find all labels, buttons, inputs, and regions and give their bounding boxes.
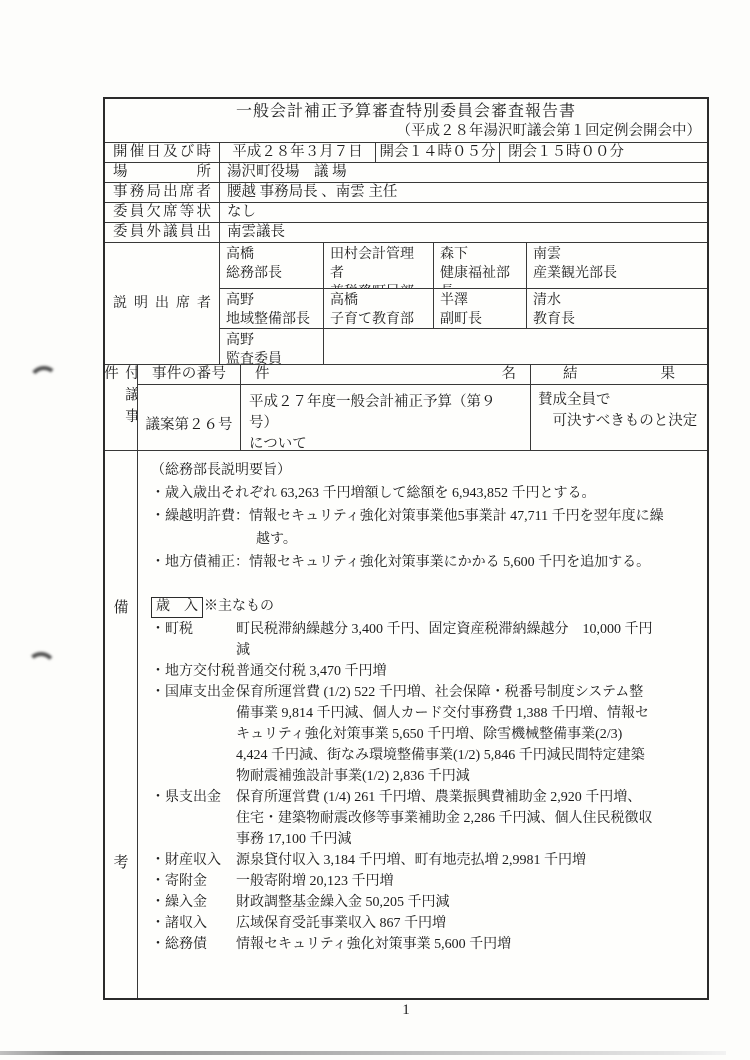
- punch-hole-top: [28, 365, 61, 398]
- row-nonmember: 委員外議員出席者 南雲議長: [105, 222, 707, 242]
- explainer-cell: 森下 健康福祉部長: [433, 243, 526, 288]
- revenue-term: ・地方交付税: [151, 661, 236, 682]
- summary-item: ・歳入歳出それぞれ 63,263 千円増額して総額を 6,943,852 千円と…: [151, 482, 699, 505]
- explainers-section: 説明出席者 高橋 総務部長 田村会計管理者 兼税務町民部長 森下 健康福祉部長 …: [105, 242, 707, 364]
- revenue-heading: 歳 入※主なもの: [151, 596, 699, 618]
- revenue-term: ・寄附金: [151, 871, 236, 892]
- revenue-item: ・寄附金 一般寄附増 20,123 千円増: [151, 871, 699, 892]
- revenue-term: ・県支出金: [151, 787, 236, 850]
- explainer-cell-empty: [323, 328, 707, 364]
- close-time: 閉会１５時００分: [499, 143, 707, 162]
- summary-item: ・繰越明許費：情報セキュリティ強化対策事業他5事業計 47,711 千円を翌年度…: [151, 505, 699, 551]
- row-place: 場所 湯沢町役場 議 場: [105, 162, 707, 182]
- explainer-cell: 高野 地域整備部長: [220, 288, 323, 328]
- revenue-item: ・諸収入 広域保育受託事業収入 867 千円増: [151, 913, 699, 934]
- explainer-cell: 高橋 総務部長: [220, 243, 323, 288]
- explainer-cell: 高橋 子育て教育部長: [323, 288, 433, 328]
- row-absence: 委員欠席等状況 なし: [105, 202, 707, 222]
- punch-hole-bottom: [25, 651, 57, 683]
- report-table: 一般会計補正予算審査特別委員会審査報告書 （平成２８年湯沢町議会第１回定例会開会…: [103, 97, 709, 1000]
- remarks-section-label: 備 考: [105, 451, 137, 998]
- agenda-table: 事件の番号 件名 結果 議案第２６号 平成２７年度一般会計補正予算（第９号） に…: [137, 365, 707, 450]
- page-number: 1: [103, 1002, 709, 1019]
- agenda-col-result: 結果: [530, 365, 707, 384]
- revenue-item: ・国庫支出金 保育所運営費 (1/2) 522 千円増、社会保障・税番号制度シス…: [151, 682, 699, 787]
- case-name: 平成２７年度一般会計補正予算（第９号） について: [240, 385, 530, 450]
- meeting-date: 平成２８年３月７日: [219, 143, 375, 162]
- explainer-cell: 高野 監査委員: [220, 328, 323, 364]
- revenue-item: ・総務債 情報セキュリティ強化対策事業 5,600 千円増: [151, 934, 699, 955]
- open-time: 開会１４時０５分: [375, 143, 499, 162]
- scanned-report-page: 一般会計補正予算審査特別委員会審査報告書 （平成２８年湯沢町議会第１回定例会開会…: [0, 0, 750, 1060]
- revenue-term: ・国庫支出金: [151, 682, 236, 787]
- agenda-section: 付議事件 事件の番号 件名 結果 議案第２６号 平成２７年度一般会計補正予算（第…: [105, 364, 707, 450]
- revenue-item: ・町税 町民税滞納繰越分 3,400 千円、固定資産税滞納繰越分 10,000 …: [151, 619, 699, 661]
- datetime-label: 開催日及び時間: [105, 143, 219, 162]
- revenue-term: ・町税: [151, 619, 236, 661]
- revenue-heading-note: ※主なもの: [203, 599, 274, 614]
- revenue-desc: 財政調整基金繰入金 50,205 千円減: [236, 892, 699, 913]
- agenda-case-row: 議案第２６号 平成２７年度一般会計補正予算（第９号） について 賛成全員で 可決…: [138, 384, 707, 450]
- absence-value: なし: [219, 203, 707, 222]
- revenue-term: ・総務債: [151, 934, 236, 955]
- remarks-section: 備 考 （総務部長説明要旨） ・歳入歳出それぞれ 63,263 千円増額して総額…: [105, 450, 707, 998]
- revenue-desc: 情報セキュリティ強化対策事業 5,600 千円増: [236, 934, 699, 955]
- case-result: 賛成全員で 可決すべきものと決定: [530, 385, 707, 450]
- summary-item: ・地方債補正：情報セキュリティ強化対策事業にかかる 5,600 千円を追加する。: [151, 551, 699, 574]
- row-datetime: 開催日及び時間 平成２８年３月７日 開会１４時０５分 閉会１５時００分: [105, 142, 707, 162]
- explainer-cell: 半澤 副町長: [433, 288, 526, 328]
- absence-label: 委員欠席等状況: [105, 203, 219, 222]
- revenue-item: ・地方交付税 普通交付税 3,470 千円増: [151, 661, 699, 682]
- revenue-desc: 町民税滞納繰越分 3,400 千円、固定資産税滞納繰越分 10,000 千円 減: [236, 619, 699, 661]
- case-number: 議案第２６号: [138, 385, 240, 450]
- title-block: 一般会計補正予算審査特別委員会審査報告書 （平成２８年湯沢町議会第１回定例会開会…: [105, 99, 707, 142]
- agenda-col-name: 件名: [240, 365, 530, 384]
- scan-edge-artifact: [0, 1051, 726, 1055]
- row-secretariat: 事務局出席者 腰越 事務局長 、南雲 主任: [105, 182, 707, 202]
- place-value: 湯沢町役場 議 場: [219, 163, 707, 182]
- revenue-desc: 広域保育受託事業収入 867 千円増: [236, 913, 699, 934]
- revenue-desc: 一般寄附増 20,123 千円増: [236, 871, 699, 892]
- summary-heading: （総務部長説明要旨）: [151, 459, 699, 482]
- revenue-desc: 普通交付税 3,470 千円増: [236, 661, 699, 682]
- revenue-term: ・繰入金: [151, 892, 236, 913]
- revenue-desc: 保育所運営費 (1/2) 522 千円増、社会保障・税番号制度システム整 備事業…: [236, 682, 699, 787]
- explainer-cell: 田村会計管理者 兼税務町民部長: [323, 243, 433, 288]
- secretariat-value: 腰越 事務局長 、南雲 主任: [219, 183, 707, 202]
- secretariat-label: 事務局出席者: [105, 183, 219, 202]
- revenue-item: ・繰入金 財政調整基金繰入金 50,205 千円減: [151, 892, 699, 913]
- revenue-item: ・財産収入 源泉貸付収入 3,184 千円増、町有地売払増 2,9981 千円増: [151, 850, 699, 871]
- report-subtitle: （平成２８年湯沢町議会第１回定例会開会中）: [105, 122, 707, 141]
- agenda-section-label: 付議事件: [105, 365, 137, 450]
- nonmember-label: 委員外議員出席者: [105, 223, 219, 242]
- explainers-label: 説明出席者: [105, 243, 219, 364]
- revenue-term: ・財産収入: [151, 850, 236, 871]
- revenue-term: ・諸収入: [151, 913, 236, 934]
- explainer-cell: 南雲 産業観光部長: [526, 243, 707, 288]
- revenue-desc: 源泉貸付収入 3,184 千円増、町有地売払増 2,9981 千円増: [236, 850, 699, 871]
- agenda-header-row: 事件の番号 件名 結果: [138, 365, 707, 384]
- place-label: 場所: [105, 163, 219, 182]
- revenue-heading-box: 歳 入: [151, 597, 203, 618]
- explainers-grid: 高橋 総務部長 田村会計管理者 兼税務町民部長 森下 健康福祉部長 南雲 産業観…: [219, 243, 707, 364]
- remarks-label-top: 備: [105, 596, 137, 617]
- agenda-col-number: 事件の番号: [138, 365, 240, 384]
- revenue-desc: 保育所運営費 (1/4) 261 千円増、農業振興費補助金 2,920 千円増、…: [236, 787, 699, 850]
- nonmember-value: 南雲議長: [219, 223, 707, 242]
- remarks-label-bottom: 考: [105, 851, 137, 872]
- remarks-content: （総務部長説明要旨） ・歳入歳出それぞれ 63,263 千円増額して総額を 6,…: [137, 451, 707, 998]
- revenue-item: ・県支出金 保育所運営費 (1/4) 261 千円増、農業振興費補助金 2,92…: [151, 787, 699, 850]
- explainer-cell: 清水 教育長: [526, 288, 707, 328]
- report-title: 一般会計補正予算審査特別委員会審査報告書: [105, 101, 707, 122]
